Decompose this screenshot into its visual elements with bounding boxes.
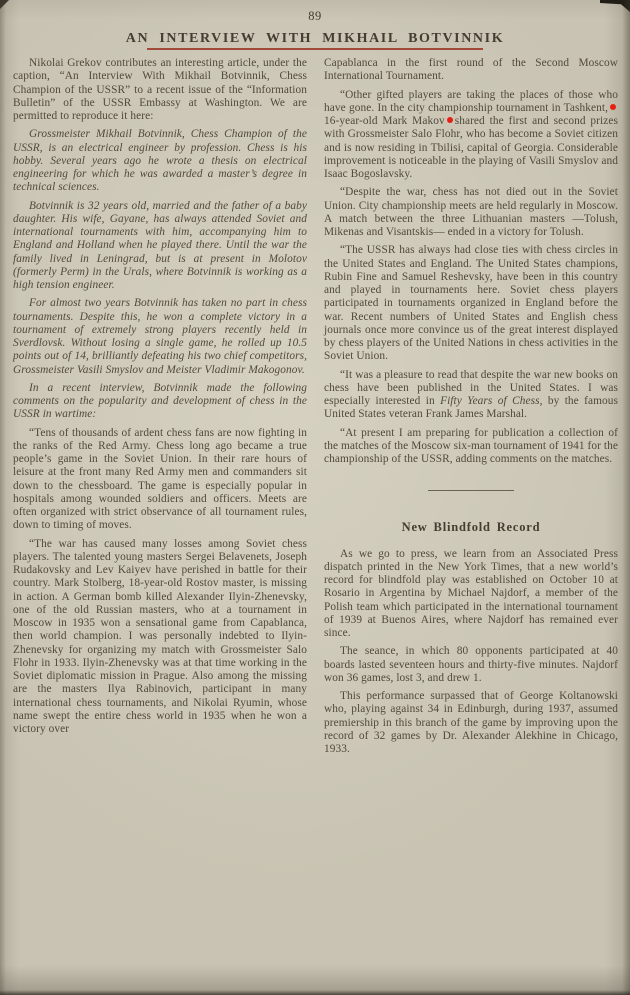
right-column: Capablanca in the first round of the Sec… [324,57,618,761]
section-heading-new-blindfold-record: New Blindfold Record [324,521,618,534]
paragraph-grekov-intro: Nikolai Grekov contributes an interestin… [13,57,307,123]
scan-corner-mark-top-left [0,0,9,9]
paragraph-tashkent: “Other gifted players are taking the pla… [324,89,618,182]
paragraph-seance-results: The seance, in which 80 opponents partic… [324,645,618,685]
paragraph-botvinnik-family: Botvinnik is 32 years old, married and t… [13,200,307,293]
paragraph-interview-lead: In a recent interview, Botvinnik made th… [13,382,307,422]
paragraph-koltanowski-comparison: This performance surpassed that of Georg… [324,690,618,756]
paragraph-najdorf-record: As we go to press, we learn from an Asso… [324,548,618,641]
paragraph-sverdlovsk-victory: For almost two years Botvinnik has taken… [13,297,307,377]
two-column-text-block: Nikolai Grekov contributes an interestin… [0,50,630,761]
paragraph-capablanca-continuation: Capablanca in the first round of the Sec… [324,57,618,84]
paragraph-at-present: “At present I am preparing for publicati… [324,427,618,467]
tashkent-text-1: “Other gifted players are taking the pla… [324,89,618,114]
red-dot-icon [610,104,616,110]
tashkent-text-2: 16-year-old Mark Makov [324,115,445,127]
book-title-fifty-years-of-chess: Fifty Years of Chess, [440,395,542,407]
article-title: AN INTERVIEW WITH MIKHAIL BOTVINNIK [105,31,525,47]
paragraph-despite-war: “Despite the war, chess has not died out… [324,186,618,239]
scanned-magazine-page: 89 AN INTERVIEW WITH MIKHAIL BOTVINNIK N… [0,0,630,995]
paragraph-botvinnik-profession: Grossmeister Mikhail Botvinnik, Chess Ch… [13,128,307,194]
left-column: Nikolai Grekov contributes an interestin… [13,57,307,761]
title-red-underline [147,48,483,50]
paragraph-ussr-ties: “The USSR has always had close ties with… [324,244,618,363]
paragraph-war-losses: “The war has caused many losses among So… [13,538,307,737]
paragraph-marshal-book: “It was a pleasure to read that despite … [324,369,618,422]
scan-edge-shadow-bottom [0,990,630,995]
section-divider-rule [428,490,514,491]
paragraph-red-army-chess: “Tens of thousands of ardent chess fans … [13,427,307,533]
red-dot-icon [447,117,453,123]
page-number: 89 [0,0,630,24]
